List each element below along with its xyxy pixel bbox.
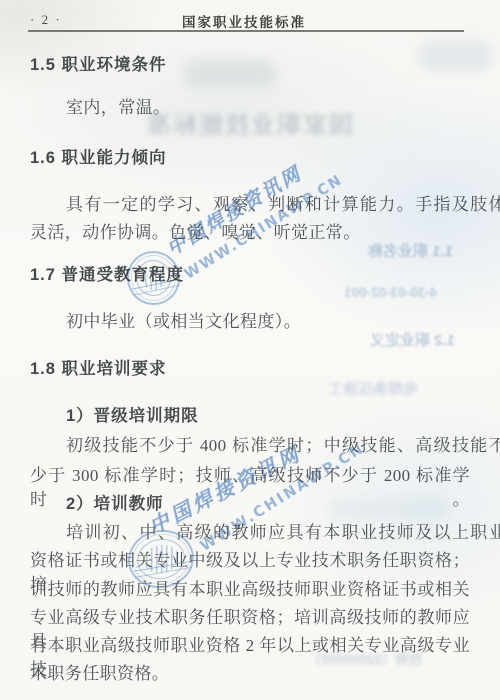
paragraph-line: 灵活，动作协调。色觉、嗅觉、听觉正常。 — [30, 221, 470, 245]
paragraph-line: 少于 300 标准学时；技师、高级技师不少于 200 标准学时。 — [30, 464, 470, 488]
paragraph-line: 专业高级专业技术职务任职资格；培训高级技师的教师应具 — [30, 606, 470, 630]
heading-1-8: 1.8 职业培训要求 — [30, 357, 470, 381]
header-rule — [28, 30, 464, 32]
paragraph-line: 培训初、中、高级的教师应具有本职业技师及以上职业 — [30, 521, 500, 545]
header-title: 国家职业技能标准 — [0, 11, 488, 31]
heading-1-6: 1.6 职业能力倾向 — [30, 146, 470, 170]
bleedthrough-text: 电焊条压涂工 — [328, 378, 418, 399]
paragraph-line: 有本职业高级技师职业资格 2 年以上或相关专业高级专业技 — [30, 634, 470, 658]
paragraph-line: 初级技能不少于 400 标准学时；中级技能、高级技能不 — [30, 434, 500, 458]
paragraph-line: 初中毕业（或相当文化程度）。 — [30, 310, 500, 334]
heading-1-7: 1.7 普通受教育程度 — [30, 263, 470, 287]
paragraph-line: 资格证书或相关专业中级及以上专业技术职务任职资格；培 — [30, 549, 470, 573]
paragraph-line: 训技师的教师应具有本职业高级技师职业资格证书或相关 — [30, 578, 470, 602]
paragraph-line: 术职务任职资格。 — [30, 662, 470, 686]
subheading-2: 2）培训教师 — [30, 492, 500, 516]
subheading-1: 1）晋级培训期限 — [30, 404, 500, 428]
scanned-document-page: · 2 · 国家职业技能标准 国家职业技能标准 1.1 职业名称 4-30-03… — [0, 0, 500, 700]
paragraph-line: 室内，常温。 — [30, 96, 500, 120]
paragraph-line: 具有一定的学习、观察、判断和计算能力。手指及肢体 — [30, 193, 500, 217]
bleedthrough-text: 4-30-03-02-001 — [344, 285, 437, 300]
heading-1-5: 1.5 职业环境条件 — [30, 53, 470, 77]
